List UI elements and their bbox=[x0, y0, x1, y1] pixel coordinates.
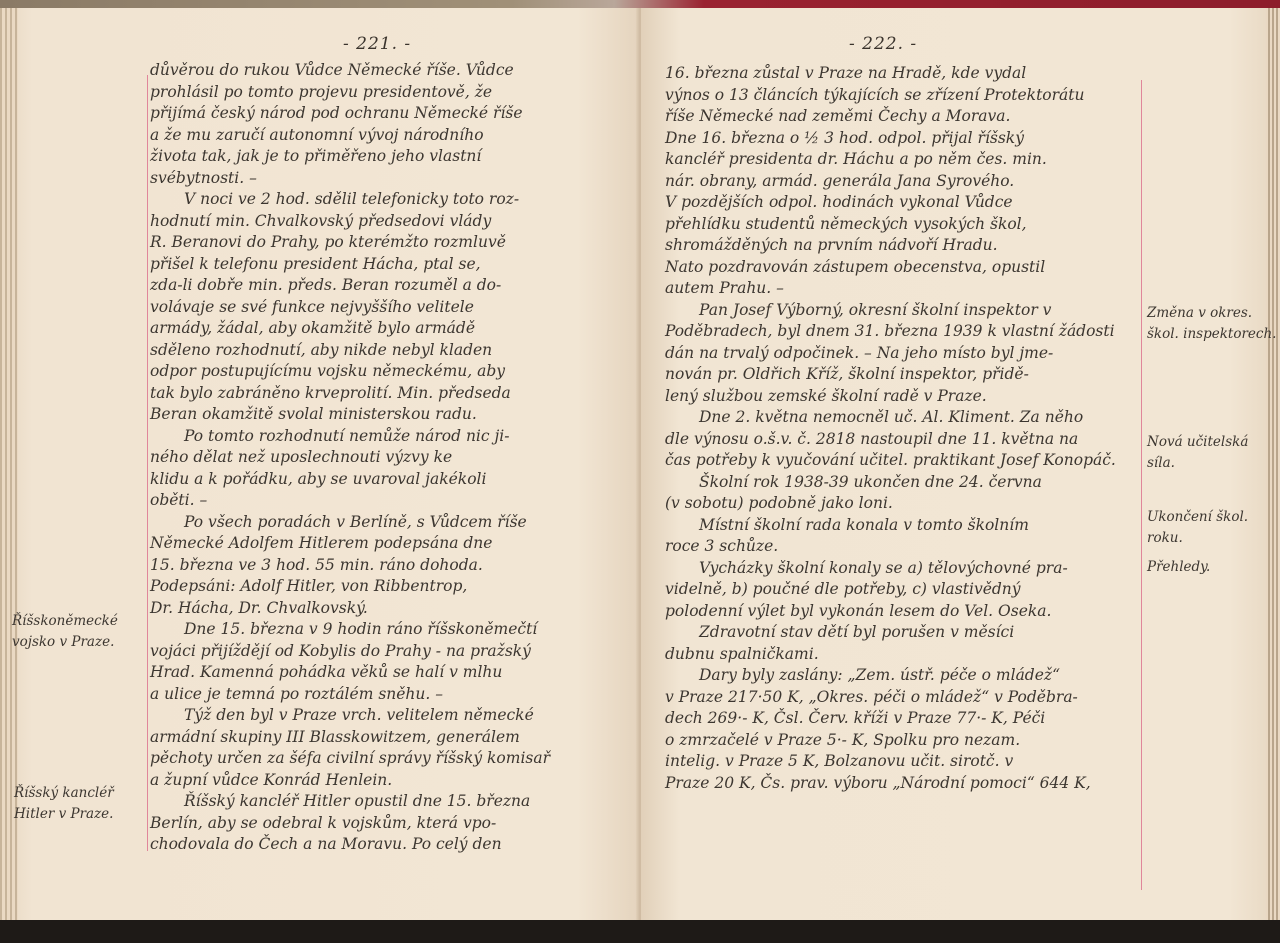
text-line: Dne 2. května nemocněl uč. Al. Kliment. … bbox=[665, 407, 1140, 429]
text-line: shromážděných na prvním nádvoří Hradu. bbox=[665, 235, 1140, 257]
text-line: zda-li dobře min. předs. Beran rozuměl a… bbox=[150, 275, 635, 297]
text-line: odpor postupujícímu vojsku německému, ab… bbox=[150, 361, 635, 383]
text-line: Německé Adolfem Hitlerem podepsána dne bbox=[150, 533, 635, 555]
margin-note-line: Ukončení škol. bbox=[1147, 507, 1248, 528]
text-line: armády, žádal, aby okamžitě bylo armádě bbox=[150, 318, 635, 340]
text-line: armádní skupiny III Blasskowitzem, gener… bbox=[150, 727, 635, 749]
text-line: Po všech poradách v Berlíně, s Vůdcem ří… bbox=[150, 512, 635, 534]
text-line: o zmrzačelé v Praze 5·- K, Spolku pro ne… bbox=[665, 730, 1140, 752]
text-line: Podepsáni: Adolf Hitler, von Ribbentrop, bbox=[150, 576, 635, 598]
margin-note-line: Změna v okres. bbox=[1147, 303, 1276, 324]
margin-note-right-1: Nová učitelská síla. bbox=[1147, 432, 1248, 474]
text-line: nár. obrany, armád. generála Jana Syrové… bbox=[665, 171, 1140, 193]
open-chronicle-book: - 221. - důvěrou do rukou Vůdce Německé … bbox=[0, 0, 1280, 922]
text-line: Týž den byl v Praze vrch. velitelem něme… bbox=[150, 705, 635, 727]
margin-note-line: vojsko v Praze. bbox=[12, 632, 118, 653]
margin-note-line: Přehledy. bbox=[1147, 557, 1210, 578]
text-line: Dary byly zaslány: „Zem. ústř. péče o ml… bbox=[665, 665, 1140, 687]
text-line: dán na trvalý odpočinek. – Na jeho místo… bbox=[665, 343, 1140, 365]
text-line: Vycházky školní konaly se a) tělovýchovn… bbox=[665, 558, 1140, 580]
text-line: pěchoty určen za šéfa civilní správy říš… bbox=[150, 748, 635, 770]
text-line: Nato pozdravován zástupem obecenstva, op… bbox=[665, 257, 1140, 279]
text-line: důvěrou do rukou Vůdce Německé říše. Vůd… bbox=[150, 60, 635, 82]
text-line: 15. března ve 3 hod. 55 min. ráno dohoda… bbox=[150, 555, 635, 577]
text-line: a župní vůdce Konrád Henlein. bbox=[150, 770, 635, 792]
text-line: a ulice je temná po roztálém sněhu. – bbox=[150, 684, 635, 706]
text-line: v Praze 217·50 K, „Okres. péči o mládež“… bbox=[665, 687, 1140, 709]
right-margin-rule bbox=[1141, 80, 1142, 890]
text-line: Zdravotní stav dětí byl porušen v měsíci bbox=[665, 622, 1140, 644]
margin-note-line: roku. bbox=[1147, 528, 1248, 549]
text-line: Pan Josef Výborný, okresní školní inspek… bbox=[665, 300, 1140, 322]
text-line: čas potřeby k vyučování učitel. praktika… bbox=[665, 450, 1140, 472]
text-line: R. Beranovi do Prahy, po kterémžto rozml… bbox=[150, 232, 635, 254]
text-line: výnos o 13 článcích týkajících se zřízen… bbox=[665, 85, 1140, 107]
text-line: roce 3 schůze. bbox=[665, 536, 1140, 558]
text-line: Hrad. Kamenná pohádka věků se halí v mlh… bbox=[150, 662, 635, 684]
text-line: říše Německé nad zeměmi Čechy a Morava. bbox=[665, 106, 1140, 128]
text-line: a že mu zaručí autonomní vývoj národního bbox=[150, 125, 635, 147]
book-binding-edge bbox=[0, 0, 1280, 8]
text-line: dubnu spalničkami. bbox=[665, 644, 1140, 666]
text-line: Dne 16. března o ½ 3 hod. odpol. přijal … bbox=[665, 128, 1140, 150]
text-line: svébytnosti. – bbox=[150, 168, 635, 190]
text-line: V noci ve 2 hod. sdělil telefonicky toto… bbox=[150, 189, 635, 211]
margin-note-right-0: Změna v okres. škol. inspektorech. bbox=[1147, 303, 1276, 345]
text-line: Dne 15. března v 9 hodin ráno říšskoněme… bbox=[150, 619, 635, 641]
right-page-text: 16. března zůstal v Praze na Hradě, kde … bbox=[665, 63, 1140, 794]
text-line: polodenní výlet byl vykonán lesem do Vel… bbox=[665, 601, 1140, 623]
text-line: lený službou zemské školní radě v Praze. bbox=[665, 386, 1140, 408]
text-line: chodovala do Čech a na Moravu. Po celý d… bbox=[150, 834, 635, 856]
margin-note-line: Říšskoněmecké bbox=[12, 611, 118, 632]
text-line: Praze 20 K, Čs. prav. výboru „Národní po… bbox=[665, 773, 1140, 795]
text-line: Dr. Hácha, Dr. Chvalkovský. bbox=[150, 598, 635, 620]
text-line: volávaje se své funkce nejvyššího velite… bbox=[150, 297, 635, 319]
text-line: ného dělat než uposlechnouti výzvy ke bbox=[150, 447, 635, 469]
page-number-left: - 221. - bbox=[343, 34, 411, 54]
text-line: Po tomto rozhodnutí nemůže národ nic ji- bbox=[150, 426, 635, 448]
scan-background bbox=[0, 920, 1280, 943]
text-line: Berlín, aby se odebral k vojskům, která … bbox=[150, 813, 635, 835]
text-line: oběti. – bbox=[150, 490, 635, 512]
text-line: Poděbradech, byl dnem 31. března 1939 k … bbox=[665, 321, 1140, 343]
page-number-right: - 222. - bbox=[849, 34, 917, 54]
text-line: klidu a k pořádku, aby se uvaroval jakék… bbox=[150, 469, 635, 491]
text-line: nován pr. Oldřich Kříž, školní inspektor… bbox=[665, 364, 1140, 386]
left-page-text: důvěrou do rukou Vůdce Německé říše. Vůd… bbox=[150, 60, 635, 856]
text-line: dle výnosu o.š.v. č. 2818 nastoupil dne … bbox=[665, 429, 1140, 451]
text-line: tak bylo zabráněno krveprolití. Min. pře… bbox=[150, 383, 635, 405]
text-line: Beran okamžitě svolal ministerskou radu. bbox=[150, 404, 635, 426]
margin-note-right-2: Ukončení škol. roku. bbox=[1147, 507, 1248, 549]
right-page-edges bbox=[1266, 8, 1280, 922]
text-line: autem Prahu. – bbox=[665, 278, 1140, 300]
margin-note-left-0: Říšskoněmecké vojsko v Praze. bbox=[12, 611, 118, 653]
text-line: 16. března zůstal v Praze na Hradě, kde … bbox=[665, 63, 1140, 85]
text-line: vojáci přijíždějí od Kobylis do Prahy - … bbox=[150, 641, 635, 663]
margin-note-line: síla. bbox=[1147, 453, 1248, 474]
text-line: přehlídku studentů německých vysokých šk… bbox=[665, 214, 1140, 236]
left-margin-rule bbox=[147, 75, 148, 851]
margin-note-line: Nová učitelská bbox=[1147, 432, 1248, 453]
text-line: intelig. v Praze 5 K, Bolzanovu učit. si… bbox=[665, 751, 1140, 773]
text-line: (v sobotu) podobně jako loni. bbox=[665, 493, 1140, 515]
text-line: života tak, jak je to přiměřeno jeho vla… bbox=[150, 146, 635, 168]
margin-note-line: Říšský kancléř bbox=[14, 783, 114, 804]
text-line: prohlásil po tomto projevu presidentově,… bbox=[150, 82, 635, 104]
text-line: přijímá český národ pod ochranu Německé … bbox=[150, 103, 635, 125]
margin-note-left-1: Říšský kancléř Hitler v Praze. bbox=[14, 783, 114, 825]
text-line: přišel k telefonu president Hácha, ptal … bbox=[150, 254, 635, 276]
text-line: videlně, b) poučné dle potřeby, c) vlast… bbox=[665, 579, 1140, 601]
margin-note-line: Hitler v Praze. bbox=[14, 804, 114, 825]
margin-note-right-3: Přehledy. bbox=[1147, 557, 1210, 578]
text-line: sděleno rozhodnutí, aby nikde nebyl klad… bbox=[150, 340, 635, 362]
text-line: kancléř presidenta dr. Háchu a po něm če… bbox=[665, 149, 1140, 171]
text-line: Říšský kancléř Hitler opustil dne 15. bř… bbox=[150, 791, 635, 813]
text-line: V pozdějších odpol. hodinách vykonal Vůd… bbox=[665, 192, 1140, 214]
margin-note-line: škol. inspektorech. bbox=[1147, 324, 1276, 345]
text-line: dech 269·- K, Čsl. Červ. kříži v Praze 7… bbox=[665, 708, 1140, 730]
text-line: hodnutí min. Chvalkovský předsedovi vlád… bbox=[150, 211, 635, 233]
text-line: Místní školní rada konala v tomto školní… bbox=[665, 515, 1140, 537]
text-line: Školní rok 1938-39 ukončen dne 24. červn… bbox=[665, 472, 1140, 494]
